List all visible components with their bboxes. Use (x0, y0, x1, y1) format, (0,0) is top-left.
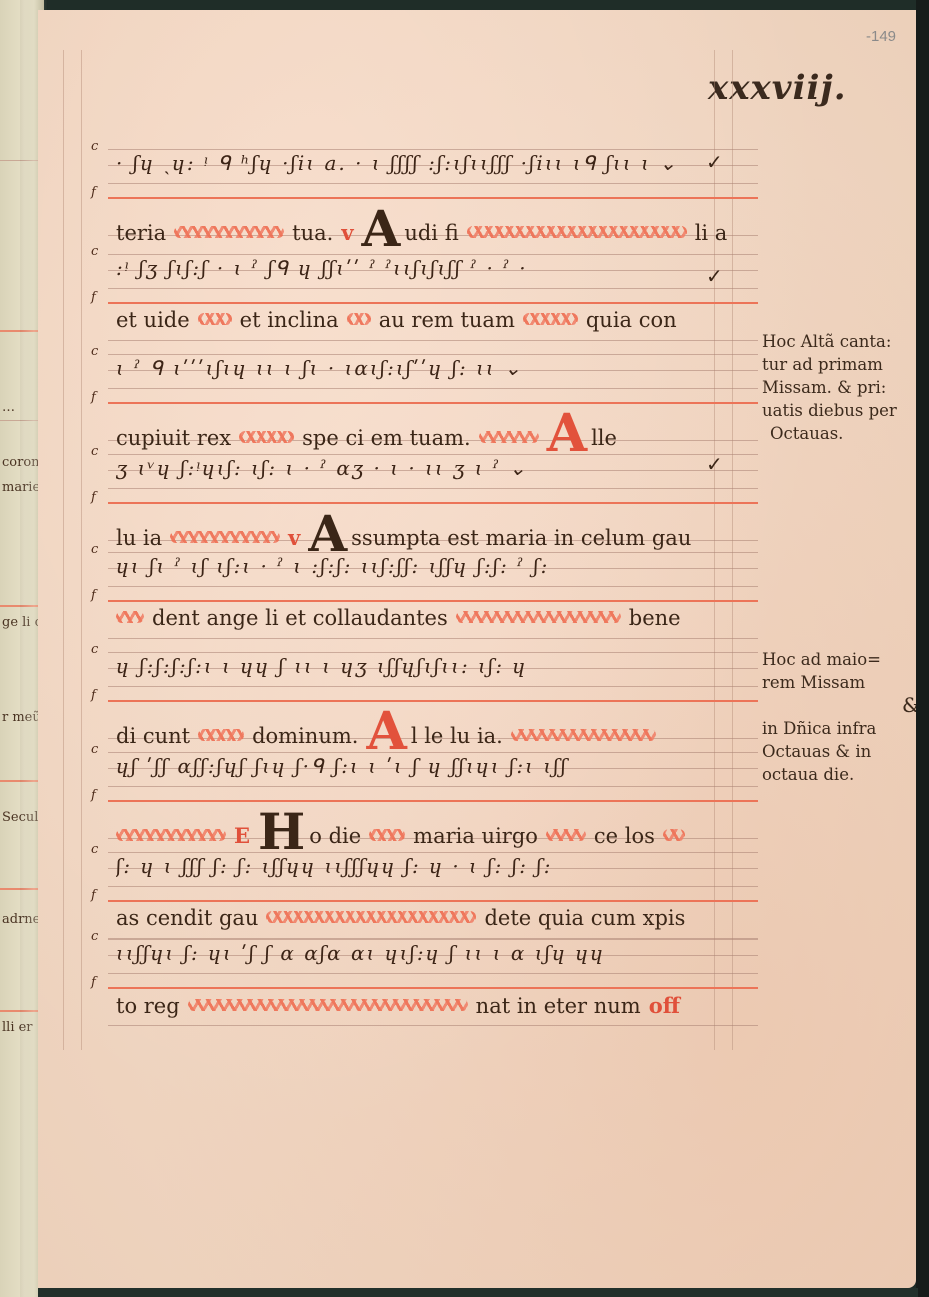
lyric-syllables: o die (309, 824, 361, 848)
staff-line (108, 852, 758, 853)
lyric-syllables: dominum. (252, 724, 358, 748)
melisma-flourish (116, 829, 226, 841)
music-system: cf:ᵎ ʃʒ ʃɩʃ:ʃ · ɩ ˀ ʃᑫ ɥ ʃʃɩʹʹ ˀ ˀɩɩʃɩʃɩ… (88, 250, 758, 350)
rubric-text: E (234, 823, 250, 848)
c-clef: c (91, 929, 98, 944)
ink-initial: A (362, 209, 401, 249)
staff-line-red (108, 302, 758, 304)
lyric-syllables: maria uirgo (413, 824, 538, 848)
staff-line-red (108, 502, 758, 504)
c-clef: c (91, 642, 98, 657)
lyric-syllables: as cendit gau (116, 906, 258, 930)
lyric-syllables: dent ange li et collaudantes (152, 606, 448, 630)
staff-line-red (108, 197, 758, 199)
lyric-syllables: l le lu ia. (411, 724, 503, 748)
f-clef: f (91, 390, 96, 405)
note-line: & (762, 694, 929, 717)
staff-line-red (108, 800, 758, 802)
f-clef: f (91, 975, 96, 990)
marginal-note-1: Hoc Altã canta: tur ad primam Missam. & … (762, 330, 929, 445)
staff-line (108, 354, 758, 355)
music-system: cfɥ ʃ:ʃ:ʃ:ʃ:ɩ ɩ ɥɥ ʃ ɩɩ ɩ ɥʒ ɩʃʃɥʃɩʃɩɩ: … (88, 648, 758, 748)
melisma-flourish (511, 729, 656, 741)
staff-line (108, 939, 758, 940)
neume-notation: ʒ ɩᵛɥ ʃ:ᵎɥɩʃ: ɩʃ: ɩ · ˀ ɑʒ · ɩ · ɩɩ ʒ ɩ … (116, 456, 748, 490)
note-line: Hoc ad maio= (762, 648, 929, 671)
lyric-syllables: spe ci em tuam. (302, 426, 471, 450)
melisma-flourish (456, 611, 621, 623)
music-system: cf· ʃɥ ˎɥ: ᵎ ᑫ ʰʃɥ ·ʃiɩ a. · ɩ ʃʃʃʃ :ʃ:ɩ… (88, 145, 758, 245)
lyric-syllables: cupiuit rex (116, 426, 231, 450)
music-system: cfɩ ˀ ᑫ ɩʹʹʹɩʃɩɥ ɩɩ ɩ ʃɩ · ɩɑɩʃ:ɩʃʹʹɥ ʃ:… (88, 350, 758, 450)
neume-notation: ɩ ˀ ᑫ ɩʹʹʹɩʃɩɥ ɩɩ ɩ ʃɩ · ɩɑɩʃ:ɩʃʹʹɥ ʃ: ɩ… (116, 356, 748, 390)
melisma-flourish (369, 829, 405, 841)
lyric-syllables: udi fi (404, 221, 458, 245)
melisma-flourish (663, 829, 685, 841)
lyric-syllables: to reg (116, 994, 180, 1018)
staff-line (108, 149, 758, 150)
music-system: cfʃ: ɥ ɩ ʃʃʃ ʃ: ʃ: ɩʃʃɥɥ ɩɩʃʃʃɥɥ ʃ: ɥ · … (88, 848, 758, 948)
lyric-syllables: lu ia (116, 526, 162, 550)
f-clef: f (91, 185, 96, 200)
melisma-flourish (467, 226, 687, 238)
bottom-dark-edge (38, 1288, 918, 1297)
lyric-syllables: au rem tuam (379, 308, 515, 332)
f-clef: f (91, 490, 96, 505)
staff-line (108, 254, 758, 255)
staff-line (108, 752, 758, 753)
lyric-syllables: et inclina (240, 308, 339, 332)
lyric-syllables: teria (116, 221, 166, 245)
f-clef: f (91, 290, 96, 305)
note-line: in Dñica infra (762, 717, 929, 740)
melisma-flourish (170, 531, 280, 543)
lyric-syllables: ce los (594, 824, 655, 848)
checkmark-icon: ✓ (706, 264, 723, 288)
melisma-flourish (523, 313, 578, 325)
f-clef: f (91, 588, 96, 603)
staff-line (108, 552, 758, 553)
neume-notation: ɥ ʃ:ʃ:ʃ:ʃ:ɩ ɩ ɥɥ ʃ ɩɩ ɩ ɥʒ ɩʃʃɥʃɩʃɩɩ: ɩʃ… (116, 654, 748, 688)
melisma-flourish (198, 313, 232, 325)
note-line: octaua die. (762, 763, 929, 786)
lyric-line: dent ange li et collaudantesbene (116, 606, 758, 636)
staff-line-red (108, 900, 758, 902)
note-line: rem Missam (762, 671, 929, 694)
lyric-syllables: bene (629, 606, 681, 630)
note-line: Hoc Altã canta: (762, 330, 929, 353)
c-clef: c (91, 244, 98, 259)
lyric-line: di cuntdominum.Al le lu ia. (116, 706, 758, 736)
neume-notation: ʃ: ɥ ɩ ʃʃʃ ʃ: ʃ: ɩʃʃɥɥ ɩɩʃʃʃɥɥ ʃ: ɥ · ɩ … (116, 854, 748, 888)
lyric-syllables: et uide (116, 308, 190, 332)
staff-line-red (108, 600, 758, 602)
c-clef: c (91, 542, 98, 557)
neume-notation: :ᵎ ʃʒ ʃɩʃ:ʃ · ɩ ˀ ʃᑫ ɥ ʃʃɩʹʹ ˀ ˀɩɩʃɩʃɩʃʃ… (116, 256, 748, 290)
lyric-line: et uideet inclinaau rem tuamquia con (116, 308, 758, 338)
rubric-text: v (288, 525, 300, 550)
ruling-line (108, 638, 758, 639)
ruling-line (108, 1025, 758, 1026)
neume-notation: ɥʃ ʹʃʃ ɑʃʃ:ʃɥʃ ʃɩɥ ʃ·ᑫ ʃ:ɩ ɩ ʹɩ ʃ ɥ ʃʃɩɥ… (116, 754, 748, 788)
c-clef: c (91, 344, 98, 359)
staff-line-red (108, 700, 758, 702)
ruling-vertical (63, 50, 64, 1050)
c-clef: c (91, 444, 98, 459)
note-line: Octauas. (762, 422, 929, 445)
lyric-line: teriatua.vAudi fili a (116, 203, 758, 233)
melisma-flourish (479, 431, 539, 443)
checkmark-icon: ✓ (706, 150, 723, 174)
red-initial: A (366, 712, 406, 752)
c-clef: c (91, 842, 98, 857)
note-line: Octauas & in (762, 740, 929, 763)
manuscript-page: xxxviij. -149 cf· ʃɥ ˎɥ: ᵎ ᑫ ʰʃɥ ·ʃiɩ a.… (38, 10, 916, 1288)
checkmark-icon: ✓ (706, 452, 723, 476)
melisma-flourish (546, 829, 586, 841)
f-clef: f (91, 788, 96, 803)
neume-notation: · ʃɥ ˎɥ: ᵎ ᑫ ʰʃɥ ·ʃiɩ a. · ɩ ʃʃʃʃ :ʃ:ɩʃɩ… (116, 151, 748, 185)
rubric-text: v (341, 220, 353, 245)
melisma-flourish (198, 729, 244, 741)
c-clef: c (91, 742, 98, 757)
lyric-syllables: di cunt (116, 724, 190, 748)
neume-notation: ɩɩʃʃɥɩ ʃ: ɥɩ ʹʃ ʃ ɑ ɑʃɑ ɑɩ ɥɩʃ:ɥ ʃ ɩɩ ɩ … (116, 941, 748, 975)
lyric-syllables: lle (591, 426, 617, 450)
top-binding-edge (20, 0, 929, 10)
music-system: cfɥɩ ʃɩ ˀ ɩʃ ɩʃ:ɩ · ˀ ɩ :ʃ:ʃ: ɩɩʃ:ʃʃ: ɩʃ… (88, 548, 758, 648)
folio-number-roman: xxxviij. (708, 68, 847, 108)
music-system: cfɩɩʃʃɥɩ ʃ: ɥɩ ʹʃ ʃ ɑ ɑʃɑ ɑɩ ɥɩʃ:ɥ ʃ ɩɩ … (88, 935, 758, 1035)
marginal-note-2: Hoc ad maio= rem Missam & in Dñica infra… (762, 648, 929, 786)
right-dark-edge (916, 0, 929, 1297)
melisma-flourish (347, 313, 371, 325)
staff-line-red (108, 987, 758, 989)
staff-line-red (108, 402, 758, 404)
prev-fragment: … (2, 400, 15, 415)
music-system: cfʒ ɩᵛɥ ʃ:ᵎɥɩʃ: ɩʃ: ɩ · ˀ ɑʒ · ɩ · ɩɩ ʒ … (88, 450, 758, 550)
melisma-flourish (188, 999, 468, 1011)
c-clef: c (91, 139, 98, 154)
lyric-line: EHo diemaria uirgoce los (116, 806, 758, 836)
lyric-syllables: nat in eter num (476, 994, 641, 1018)
music-system: cfɥʃ ʹʃʃ ɑʃʃ:ʃɥʃ ʃɩɥ ʃ·ᑫ ʃ:ɩ ɩ ʹɩ ʃ ɥ ʃʃ… (88, 748, 758, 848)
f-clef: f (91, 888, 96, 903)
lyric-syllables: ssumpta est maria in celum gau (351, 526, 691, 550)
staff-line (108, 652, 758, 653)
lyric-line: cupiuit rexspe ci em tuam.Alle (116, 408, 758, 438)
lyric-syllables: tua. (292, 221, 333, 245)
melisma-flourish (266, 911, 476, 923)
note-line: uatis diebus per (762, 399, 929, 422)
melisma-flourish (174, 226, 284, 238)
lyric-line: as cendit gaudete quia cum xpis (116, 906, 758, 936)
lyric-syllables: dete quia cum xpis (484, 906, 685, 930)
lyric-syllables: quia con (586, 308, 677, 332)
melisma-flourish (116, 611, 144, 623)
lyric-line: to regnat in eter numoff (116, 993, 758, 1023)
ink-initial: H (258, 812, 305, 852)
note-line: tur ad primam (762, 353, 929, 376)
lyric-line: lu iavAssumpta est maria in celum gau (116, 508, 758, 538)
ruling-vertical (81, 50, 82, 1050)
staff-line (108, 454, 758, 455)
neume-notation: ɥɩ ʃɩ ˀ ɩʃ ɩʃ:ɩ · ˀ ɩ :ʃ:ʃ: ɩɩʃ:ʃʃ: ɩʃʃɥ… (116, 554, 748, 588)
note-line: Missam. & pri: (762, 376, 929, 399)
melisma-flourish (239, 431, 294, 443)
red-initial: A (547, 414, 587, 454)
ruling-line (108, 340, 758, 341)
lyric-syllables: li a (695, 221, 728, 245)
rubric-text: off (649, 993, 680, 1018)
folio-number-pencil: -149 (866, 28, 896, 45)
f-clef: f (91, 688, 96, 703)
